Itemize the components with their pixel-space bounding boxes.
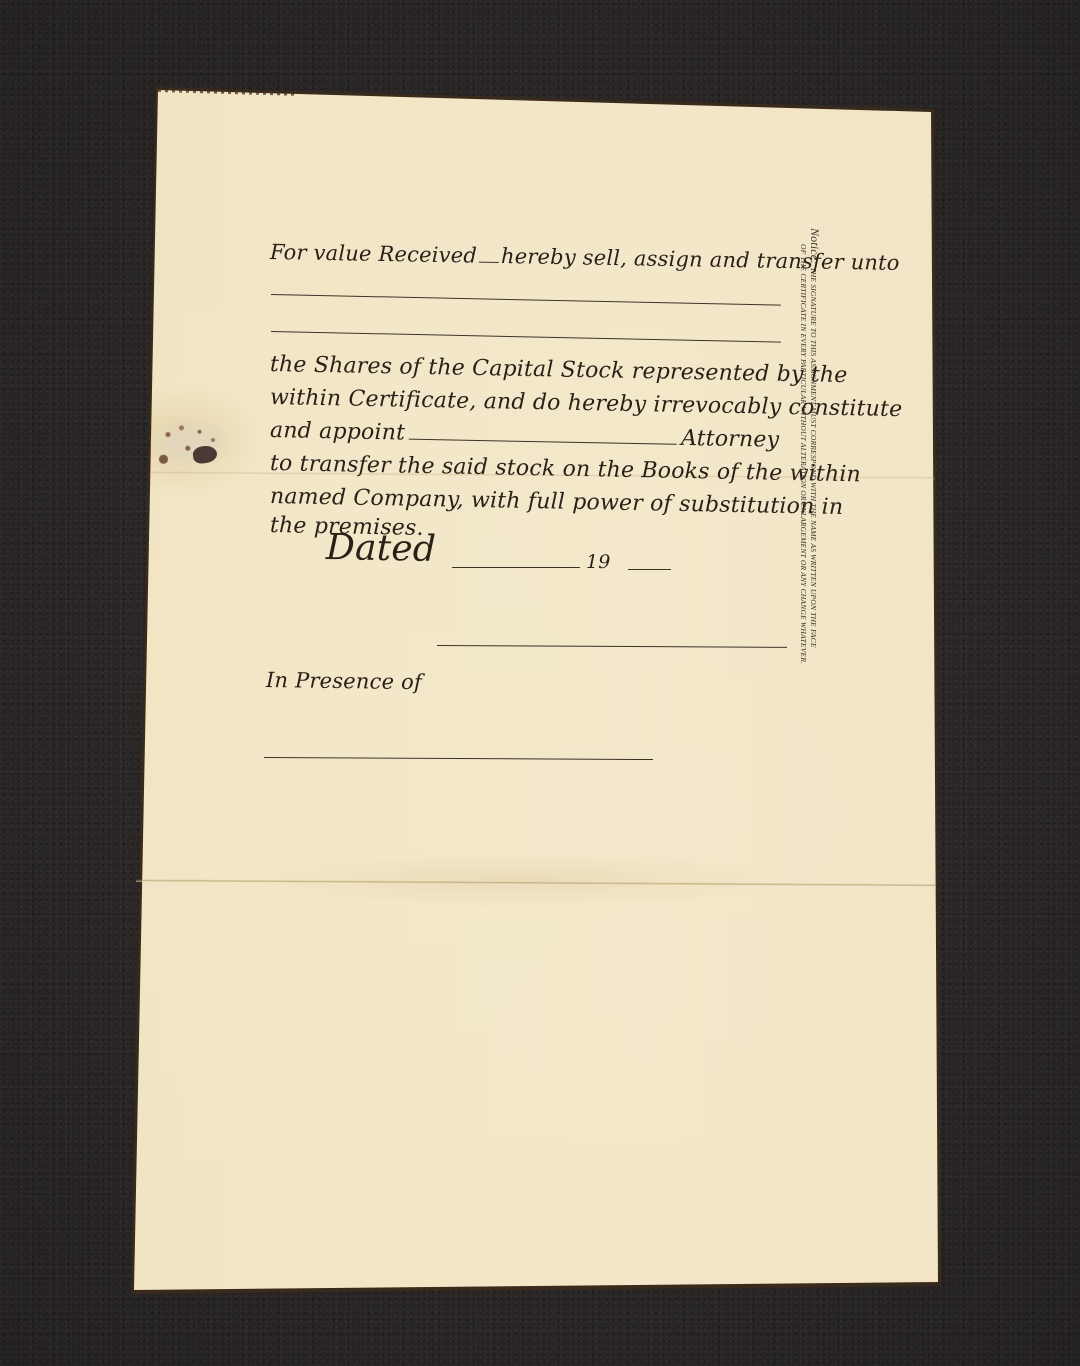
notice-line-2: of the certificate in every particular w… xyxy=(798,228,808,758)
certificate-back-sheet xyxy=(0,0,1080,1366)
year-suffix-field[interactable] xyxy=(628,569,671,570)
notice-lead: Notice: xyxy=(808,228,822,264)
notice-vertical-text: Notice:The signature to this assignment … xyxy=(796,228,820,758)
and-appoint-text: and appoint xyxy=(270,418,406,446)
assignor-blank[interactable] xyxy=(479,248,499,263)
for-value-received-text: For value Received xyxy=(270,240,477,268)
year-prefix: 19 xyxy=(586,551,611,573)
notice-text-1: The signature to this assignment must co… xyxy=(809,267,818,647)
in-presence-of-label: In Presence of xyxy=(266,668,422,694)
date-field[interactable] xyxy=(452,567,580,568)
notice-line-1: Notice:The signature to this assignment … xyxy=(808,228,820,758)
attorney-name-field[interactable] xyxy=(409,423,677,445)
attorney-label: Attorney xyxy=(681,426,780,453)
dated-label: Dated xyxy=(326,527,437,570)
